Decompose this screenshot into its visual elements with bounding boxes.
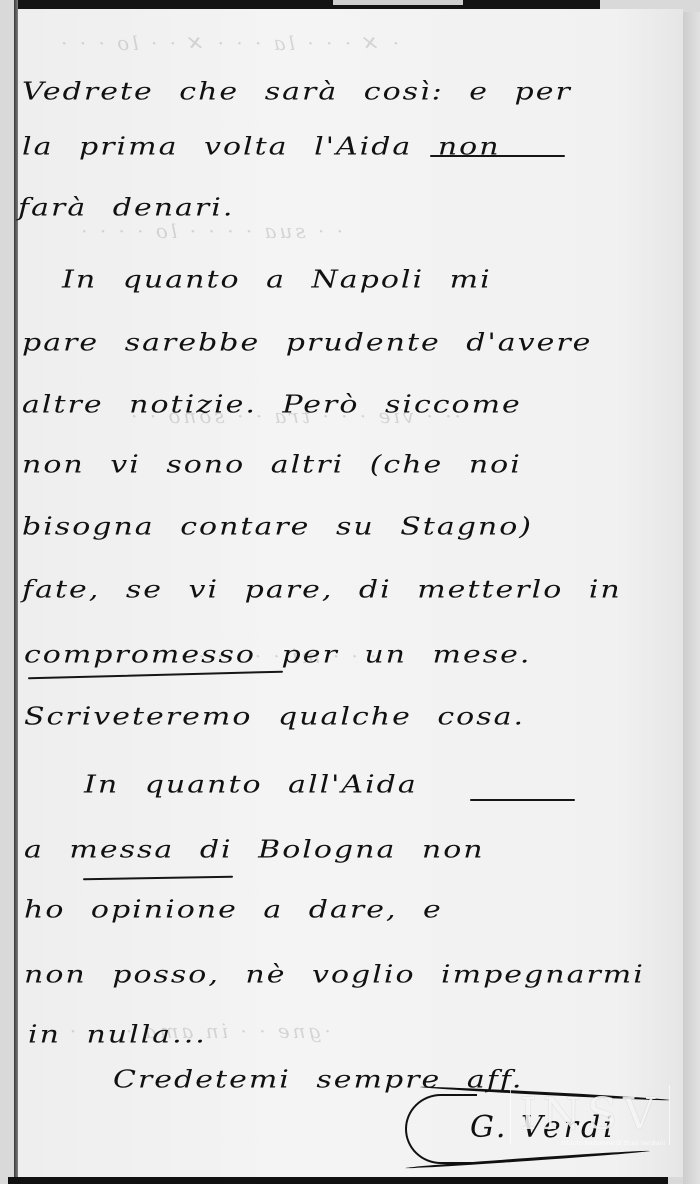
- watermark-logo: INSV: [510, 1085, 670, 1145]
- letter-line-7: non vi sono altri (che noi: [22, 451, 522, 479]
- page-right-shadow: [683, 12, 700, 1184]
- letter-line-12: In quanto all'Aida: [84, 771, 418, 799]
- underline-aida-2: [470, 799, 575, 801]
- signature-loop: [405, 1094, 477, 1164]
- letter-line-1: Vedrete che sarà così: e per: [22, 78, 572, 106]
- letter-line-10: compromesso per un mese.: [24, 641, 531, 669]
- letter-line-6: altre notizie. Però siccome: [22, 391, 522, 419]
- scan-frame-tab: [333, 0, 463, 5]
- letter-page: · ✕ · · · la · · · ✕ · · lo · · · · · su…: [18, 9, 683, 1177]
- bleed-through-text: · · sua · · · · lo · · · ·: [78, 219, 343, 243]
- letter-line-14: ho opinione a dare, e: [24, 896, 443, 924]
- scan-frame-bottom: [8, 1177, 668, 1184]
- scan-frame-top: [18, 0, 600, 9]
- letter-line-15: non posso, nè voglio impegnarmi: [24, 961, 645, 989]
- letter-line-3: farà denari.: [18, 194, 234, 222]
- underline-messa: [83, 876, 233, 881]
- letter-line-9: fate, se vi pare, di metterlo in: [22, 576, 622, 604]
- letter-line-16: in nulla...: [28, 1021, 207, 1049]
- underline-aida: [430, 155, 565, 157]
- letter-line-4: In quanto a Napoli mi: [62, 266, 492, 294]
- watermark-subtext: Istituto Nazionale di Studi Verdiani: [525, 1140, 665, 1148]
- letter-line-8: bisogna contare su Stagno): [22, 513, 533, 541]
- letter-line-11: Scriveteremo qualche cosa.: [24, 703, 525, 731]
- bleed-through-text: · ✕ · · · la · · · ✕ · · lo · · ·: [58, 31, 399, 55]
- letter-line-5: pare sarebbe prudente d'avere: [22, 329, 592, 357]
- letter-line-2: la prima volta l'Aida non: [22, 133, 501, 161]
- letter-line-13: a messa di Bologna non: [24, 836, 485, 864]
- underline-compromesso: [28, 671, 283, 680]
